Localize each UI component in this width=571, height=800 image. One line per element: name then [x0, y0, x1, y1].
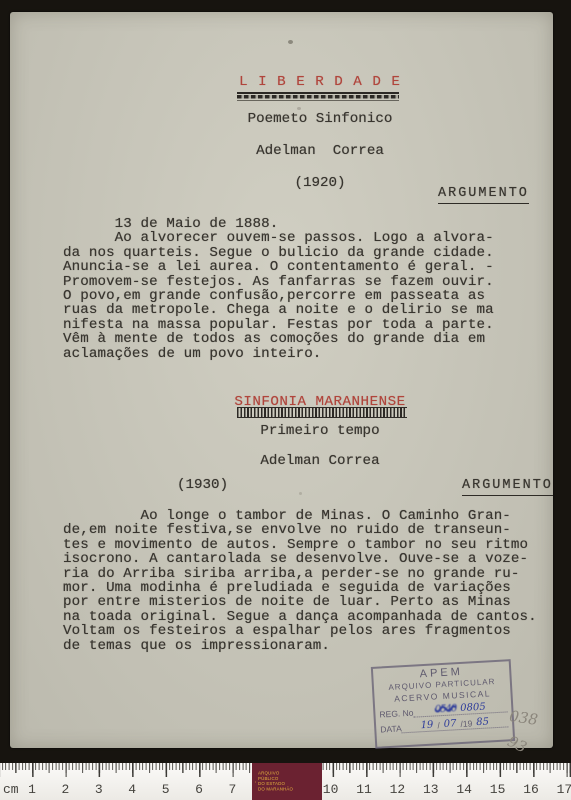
- stamp-date-month: 07: [444, 719, 457, 730]
- section2-subtitle: Primeiro tempo: [130, 423, 510, 439]
- typewritten-line: Anuncia-se a lei aurea. O contentamento …: [63, 260, 494, 274]
- ruler-number: 6: [195, 782, 203, 797]
- ink-speck: [288, 40, 293, 44]
- stamp-date-label: DATA: [380, 723, 402, 734]
- section2-author: Adelman Correa: [130, 453, 510, 469]
- section2-argument-label: ARGUMENTO: [462, 478, 553, 496]
- typewritten-line: por entre misterios de noite de luar. Pe…: [63, 595, 537, 609]
- section1-author: Adelman Correa: [130, 143, 510, 159]
- pencil-number-part1: 038: [508, 707, 539, 729]
- section1-subtitle: Poemeto Sinfonico: [130, 111, 510, 127]
- ruler-number: 11: [356, 782, 372, 797]
- stamp-date-year-prefix: /19: [460, 718, 472, 729]
- typewritten-line: Voltam os festeiros a espalhar pelos are…: [63, 624, 537, 638]
- section1-argument-label: ARGUMENTO: [438, 186, 529, 204]
- ruler-number: 2: [61, 782, 69, 797]
- ruler-number: 12: [390, 782, 406, 797]
- ruler-number: 13: [423, 782, 439, 797]
- section2-paragraph: Ao longe o tambor de Minas. O Caminho Gr…: [63, 509, 537, 653]
- ruler-number: 14: [456, 782, 472, 797]
- typewritten-line: ruas da metropole. Chega a noite e o del…: [63, 303, 494, 317]
- ruler-number: 17: [557, 782, 571, 797]
- typewritten-line: Ao alvorecer ouvem-se passos. Logo a alv…: [63, 231, 494, 245]
- ink-speck: [297, 107, 301, 110]
- stamp-date-row: DATA 19 / 07 /19 85: [380, 716, 508, 734]
- section1-title: L I B E R D A D E: [130, 74, 510, 90]
- ruler-unit-label: cm: [3, 782, 19, 797]
- typewritten-line: ria do Arriba siriba arriba,a perder-se …: [63, 567, 537, 581]
- paper-sheet: L I B E R D A D E Poemeto Sinfonico Adel…: [10, 12, 553, 748]
- typewritten-line: aclamações de um povo inteiro.: [63, 347, 494, 361]
- stamp-reg-value: 0805: [460, 703, 486, 714]
- archive-building-icon: [255, 769, 256, 795]
- archive-logo-text: ARQUIVO PÚBLICO DO ESTADO DO MARANHÃO: [258, 771, 293, 792]
- ruler-number: 5: [162, 782, 170, 797]
- typewritten-line: de temas que os impressionaram.: [63, 639, 537, 653]
- ruler-number: 7: [228, 782, 236, 797]
- stamp-date-day: 19: [420, 721, 433, 732]
- title-underline-decoration: [237, 92, 399, 101]
- ruler-number: 15: [490, 782, 506, 797]
- ruler-number: 4: [128, 782, 136, 797]
- archive-logo-block: ARQUIVO PÚBLICO DO ESTADO DO MARANHÃO: [252, 763, 322, 800]
- typewritten-line: Promovem-se festejos. As fanfarras se fa…: [63, 275, 494, 289]
- stamp-date-year: 85: [476, 717, 489, 728]
- section1-paragraph: 13 de Maio de 1888. Ao alvorecer ouvem-s…: [63, 217, 494, 361]
- archive-logo-line: DO MARANHÃO: [258, 787, 293, 792]
- typewritten-line: Vêm à mente de todos as comoções do gran…: [63, 332, 494, 346]
- archive-stamp: APEM ARQUIVO PARTICULAR ACERVO MUSICAL R…: [371, 659, 515, 749]
- stamp-reg-line: 0540 0805: [413, 701, 507, 717]
- ruler-number: 16: [523, 782, 539, 797]
- ruler-number: 10: [323, 782, 339, 797]
- stamp-reg-crossed-out: 0540: [435, 704, 457, 715]
- pencil-number-part2: 93: [505, 732, 530, 757]
- stamp-reg-label: REG. No: [379, 708, 414, 720]
- ruler-number: 3: [95, 782, 103, 797]
- ruler-number: 1: [28, 782, 36, 797]
- measurement-ruler: cm 1 2 3 4 5 6 7 10 11 12 13 14 15 16 17: [0, 763, 571, 800]
- stamp-date-line: 19 / 07 /19 85: [401, 716, 508, 733]
- typewritten-line: isocrono. A cantarolada se desenvolve. O…: [63, 552, 537, 566]
- title-underline-decoration: [237, 407, 407, 418]
- scanned-document: L I B E R D A D E Poemeto Sinfonico Adel…: [0, 0, 571, 800]
- ink-speck: [299, 492, 302, 495]
- typewritten-line: de,em noite festiva,se envolve no ruido …: [63, 523, 537, 537]
- pencil-catalog-number: 03893: [506, 707, 556, 749]
- section2-year: (1930): [177, 477, 228, 493]
- stamp-date-separator: /: [437, 720, 440, 730]
